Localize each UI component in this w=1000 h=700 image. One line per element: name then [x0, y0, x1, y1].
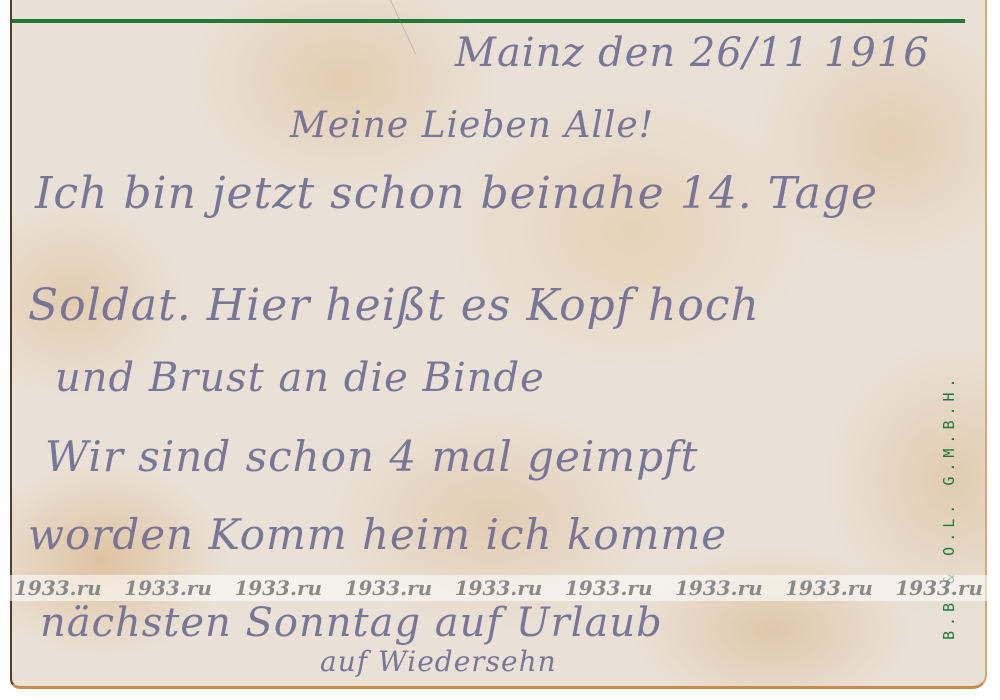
- body-line-6: nächsten Sonntag auf Urlaub: [40, 600, 663, 646]
- watermark-text: 1933.ru: [785, 576, 873, 600]
- watermark-text: 1933.ru: [675, 576, 763, 600]
- body-line-4: Wir sind schon 4 mal geimpft: [45, 432, 698, 481]
- green-header-rule: [12, 19, 965, 23]
- greeting-line: Meine Lieben Alle!: [290, 105, 654, 146]
- watermark-text: 1933.ru: [455, 576, 543, 600]
- body-line-2: Soldat. Hier heißt es Kopf hoch: [28, 280, 760, 331]
- body-line-5: worden Komm heim ich komme: [28, 510, 727, 559]
- body-line-1: Ich bin jetzt schon beinahe 14. Tage: [35, 168, 878, 219]
- place-date-line: Mainz den 26/11 1916: [455, 30, 930, 76]
- watermark-text: 1933.ru: [895, 576, 983, 600]
- body-line-3: und Brust an die Binde: [55, 355, 545, 401]
- watermark-band: 1933.ru 1933.ru 1933.ru 1933.ru 1933.ru …: [10, 575, 987, 601]
- watermark-text: 1933.ru: [565, 576, 653, 600]
- body-line-7: auf Wiedersehn: [320, 645, 557, 678]
- watermark-text: 1933.ru: [14, 576, 102, 600]
- watermark-text: 1933.ru: [344, 576, 432, 600]
- watermark-text: 1933.ru: [124, 576, 212, 600]
- watermark-text: 1933.ru: [234, 576, 322, 600]
